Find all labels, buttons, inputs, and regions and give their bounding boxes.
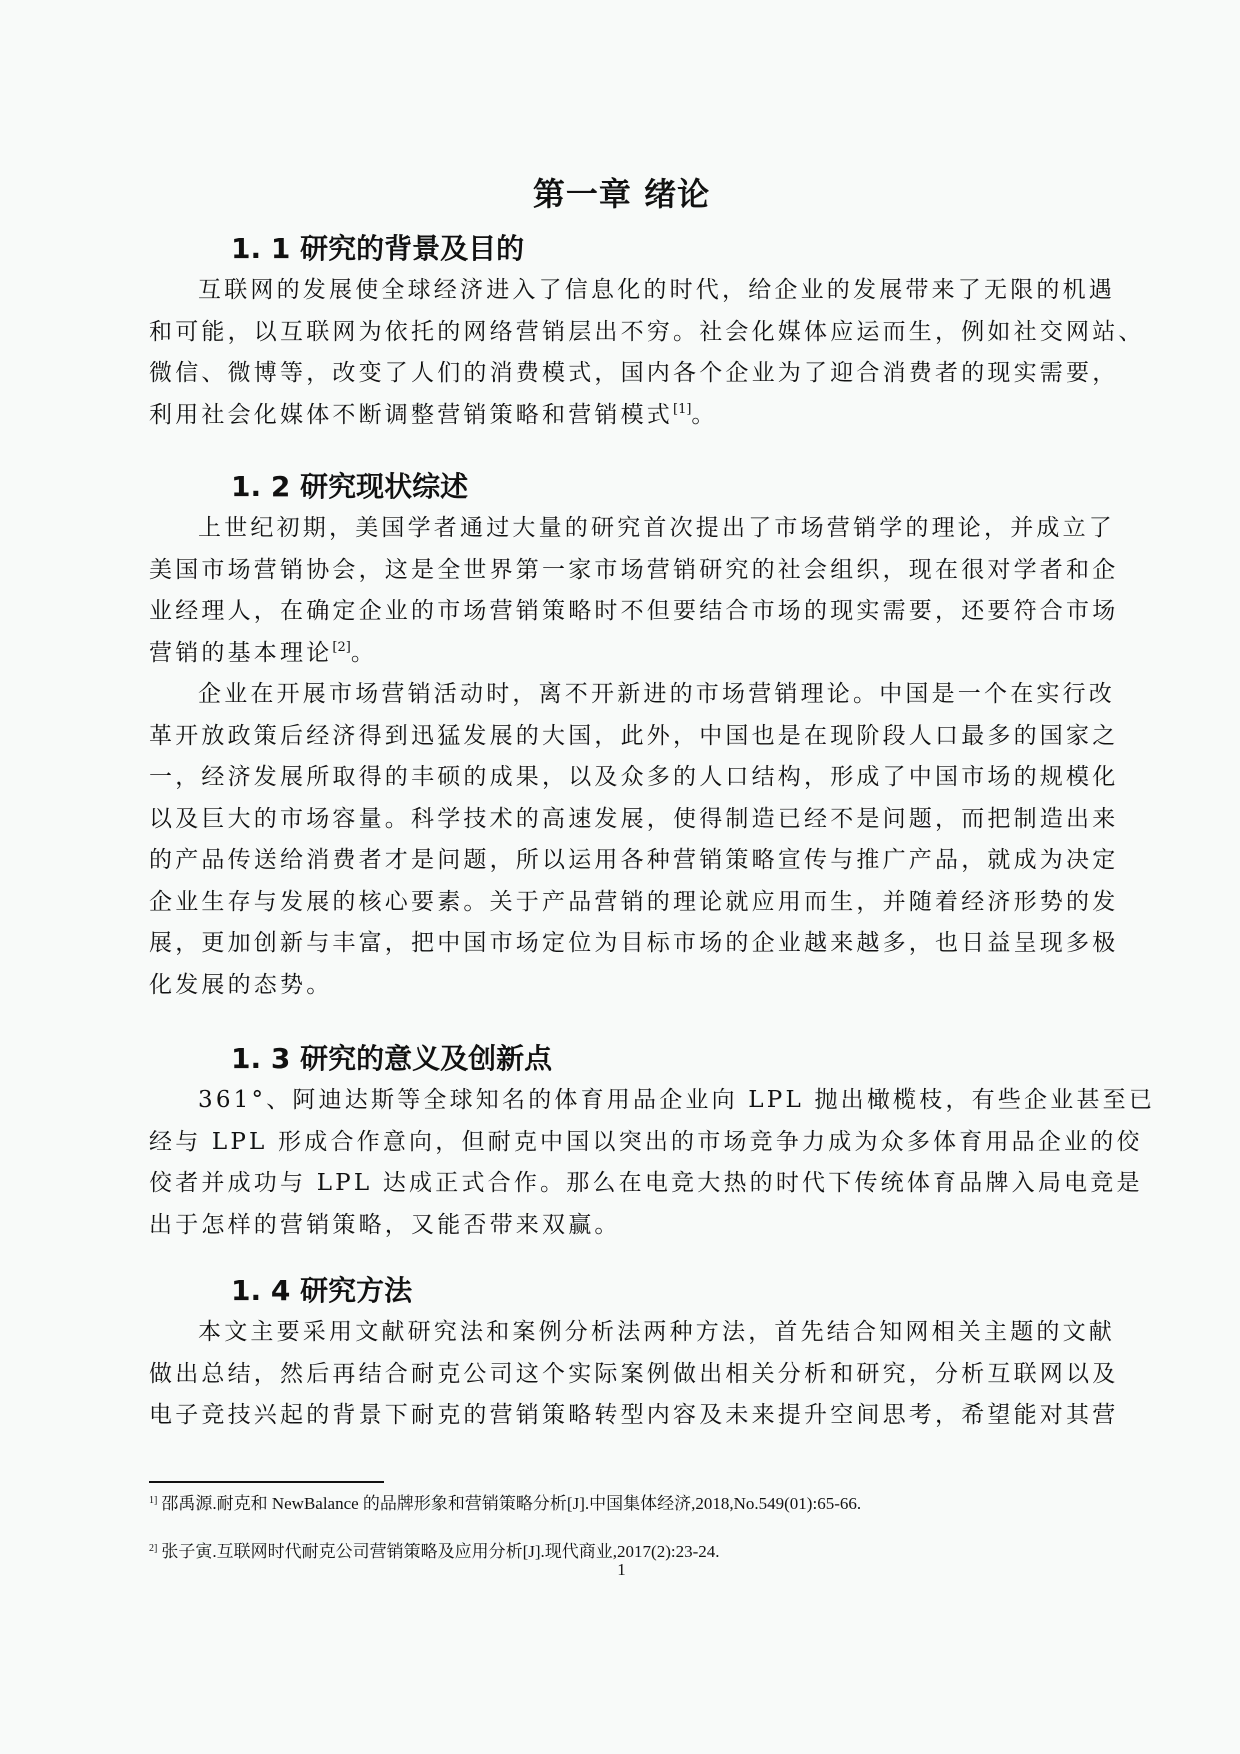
text-line: 企业在开展市场营销活动时，离不开新进的市场营销理论。中国是一个在实行改 [149, 674, 1094, 716]
text-line: 的产品传送给消费者才是问题，所以运用各种营销策略宣传与推广产品，就成为决定 [149, 840, 1094, 882]
page-number: 1 [149, 1560, 1094, 1580]
citation-ref-1[interactable]: [1] [673, 402, 691, 417]
paragraph: 上世纪初期，美国学者通过大量的研究首次提出了市场营销学的理论，并成立了 美国市场… [149, 508, 1094, 674]
text-line: 展，更加创新与丰富，把中国市场定位为目标市场的企业越来越多，也日益呈现多极 [149, 923, 1094, 965]
section-1-4: 1. 4 研究方法 本文主要采用文献研究法和案例分析法两种方法，首先结合知网相关… [149, 1270, 1094, 1437]
footnote-separator [149, 1481, 384, 1483]
sentence-end: 。 [691, 402, 717, 428]
section-heading: 1. 3 研究的意义及创新点 [149, 1038, 1094, 1080]
footnote-text: 张子寅.互联网时代耐克公司营销策略及应用分析[J].现代商业,2017(2):2… [161, 1542, 719, 1561]
paragraph: 企业在开展市场营销活动时，离不开新进的市场营销理论。中国是一个在实行改 革开放政… [149, 674, 1094, 1006]
sentence-end: 。 [351, 640, 377, 666]
section-1-3: 1. 3 研究的意义及创新点 361°、阿迪达斯等全球知名的体育用品企业向 LP… [149, 1038, 1094, 1246]
section-1-2: 1. 2 研究现状综述 上世纪初期，美国学者通过大量的研究首次提出了市场营销学的… [149, 466, 1094, 1006]
section-heading: 1. 1 研究的背景及目的 [149, 228, 1094, 270]
text-line: 上世纪初期，美国学者通过大量的研究首次提出了市场营销学的理论，并成立了 [149, 508, 1094, 550]
footnote-1: 1]邵禹源.耐克和 NewBalance 的品牌形象和营销策略分析[J].中国集… [149, 1489, 861, 1516]
text-line: 出于怎样的营销策略，又能否带来双赢。 [149, 1205, 1094, 1247]
text-line: 电子竞技兴起的背景下耐克的营销策略转型内容及未来提升空间思考，希望能对其营 [149, 1395, 1094, 1437]
text-line: 企业生存与发展的核心要素。关于产品营销的理论就应用而生，并随着经济形势的发 [149, 882, 1094, 924]
text-line: 微信、微博等，改变了人们的消费模式，国内各个企业为了迎合消费者的现实需要， [149, 353, 1094, 395]
text-line: 以及巨大的市场容量。科学技术的高速发展，使得制造已经不是问题，而把制造出来 [149, 799, 1094, 841]
text-line: 一，经济发展所取得的丰硕的成果，以及众多的人口结构，形成了中国市场的规模化 [149, 757, 1094, 799]
citation-ref-2[interactable]: [2] [332, 640, 350, 655]
text-line-content: 营销的基本理论 [149, 640, 332, 666]
section-heading: 1. 4 研究方法 [149, 1270, 1094, 1312]
text-line: 化发展的态势。 [149, 965, 1094, 1007]
text-line-with-citation: 利用社会化媒体不断调整营销策略和营销模式[1]。 [149, 395, 1094, 437]
text-line-with-citation: 营销的基本理论[2]。 [149, 633, 1094, 675]
footnote-marker: 2] [149, 1543, 157, 1554]
section-1-1: 1. 1 研究的背景及目的 互联网的发展使全球经济进入了信息化的时代，给企业的发… [149, 228, 1094, 436]
text-line: 佼者并成功与 LPL 达成正式合作。那么在电竞大热的时代下传统体育品牌入局电竞是 [149, 1163, 1094, 1205]
paragraph: 互联网的发展使全球经济进入了信息化的时代，给企业的发展带来了无限的机遇 和可能，… [149, 270, 1094, 436]
text-line: 361°、阿迪达斯等全球知名的体育用品企业向 LPL 抛出橄榄枝，有些企业甚至已 [149, 1080, 1094, 1122]
text-line: 互联网的发展使全球经济进入了信息化的时代，给企业的发展带来了无限的机遇 [149, 270, 1094, 312]
text-line: 美国市场营销协会，这是全世界第一家市场营销研究的社会组织，现在很对学者和企 [149, 550, 1094, 592]
paragraph: 361°、阿迪达斯等全球知名的体育用品企业向 LPL 抛出橄榄枝，有些企业甚至已… [149, 1080, 1094, 1246]
text-line: 本文主要采用文献研究法和案例分析法两种方法，首先结合知网相关主题的文献 [149, 1312, 1094, 1354]
text-line: 革开放政策后经济得到迅猛发展的大国，此外，中国也是在现阶段人口最多的国家之 [149, 716, 1094, 758]
text-line: 经与 LPL 形成合作意向，但耐克中国以突出的市场竞争力成为众多体育用品企业的佼 [149, 1122, 1094, 1164]
section-heading: 1. 2 研究现状综述 [149, 466, 1094, 508]
text-line-content: 利用社会化媒体不断调整营销策略和营销模式 [149, 402, 673, 428]
text-line: 和可能，以互联网为依托的网络营销层出不穷。社会化媒体应运而生，例如社交网站、 [149, 312, 1094, 354]
chapter-title: 第一章 绪论 [149, 172, 1094, 216]
text-line: 业经理人，在确定企业的市场营销策略时不但要结合市场的现实需要，还要符合市场 [149, 591, 1094, 633]
paragraph: 本文主要采用文献研究法和案例分析法两种方法，首先结合知网相关主题的文献 做出总结… [149, 1312, 1094, 1437]
text-line: 做出总结，然后再结合耐克公司这个实际案例做出相关分析和研究，分析互联网以及 [149, 1354, 1094, 1396]
footnote-marker: 1] [149, 1495, 157, 1506]
footnote-text: 邵禹源.耐克和 NewBalance 的品牌形象和营销策略分析[J].中国集体经… [161, 1494, 861, 1513]
